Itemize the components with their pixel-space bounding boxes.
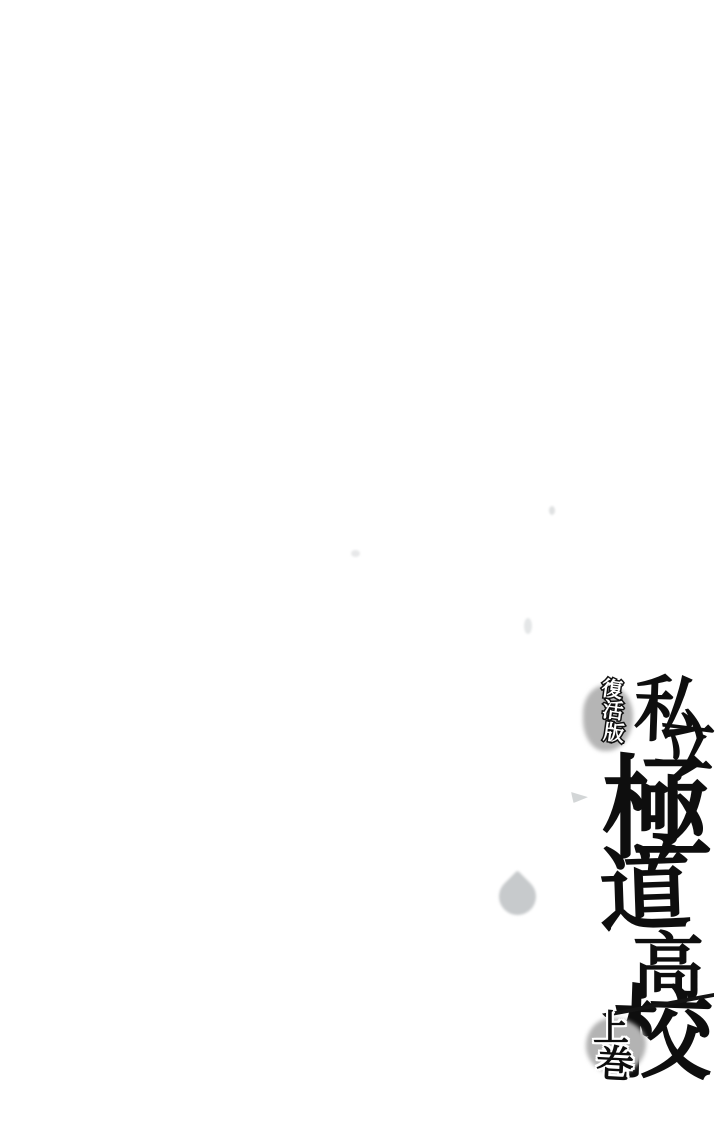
scan-speck <box>351 550 360 557</box>
ink-smudge-teardrop <box>491 870 543 922</box>
volume-char: 巻 <box>595 1044 635 1084</box>
scan-speck <box>549 506 555 515</box>
edition-char: 版 <box>602 722 627 746</box>
scan-speck <box>524 618 532 634</box>
ink-smudge-arrow <box>571 790 588 803</box>
manga-title-page: 復 活 版 私 立 極 道 高 校 上 巻 <box>0 0 728 1123</box>
